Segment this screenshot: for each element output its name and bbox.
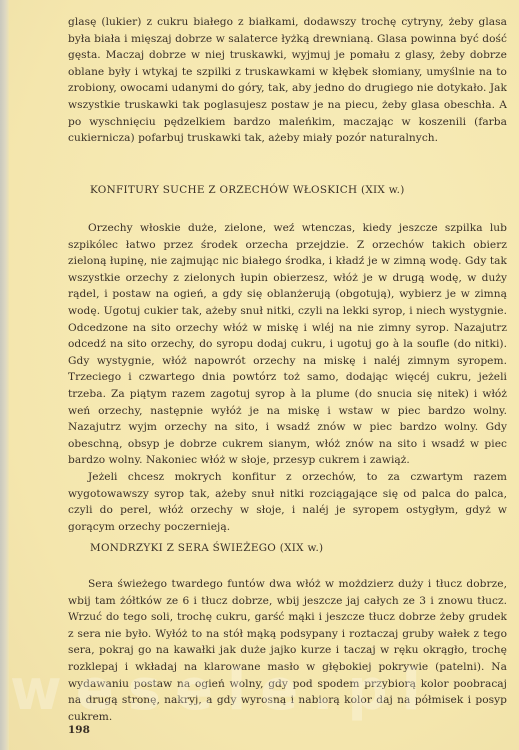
recipe-title-cheese-mondrzyki: MONDRZYKI Z SERA ŚWIEŻEGO (XIX w.): [90, 542, 323, 554]
recipe-body-cheese-mondrzyki: Sera świeżego twardego funtów dwa włóż w…: [68, 576, 507, 725]
paragraph: Sera świeżego twardego funtów dwa włóż w…: [68, 576, 507, 725]
continuation-text: glasę (lukier) z cukru białego z białkam…: [68, 14, 507, 147]
recipe-title-walnut-preserves: KONFITURY SUCHE Z ORZECHÓW WŁOSKICH (XIX…: [90, 184, 405, 196]
page-edge-strip: [0, 0, 9, 750]
recipe-body-walnut-preserves: Orzechy włoskie duże, zielone, weź wtenc…: [68, 220, 507, 535]
paragraph: Orzechy włoskie duże, zielone, weź wtenc…: [68, 220, 507, 469]
paragraph: glasę (lukier) z cukru białego z białkam…: [68, 14, 507, 147]
page-number: 198: [68, 724, 90, 736]
paragraph: Jeżeli chcesz mokrych konfitur z orzechó…: [68, 469, 507, 535]
